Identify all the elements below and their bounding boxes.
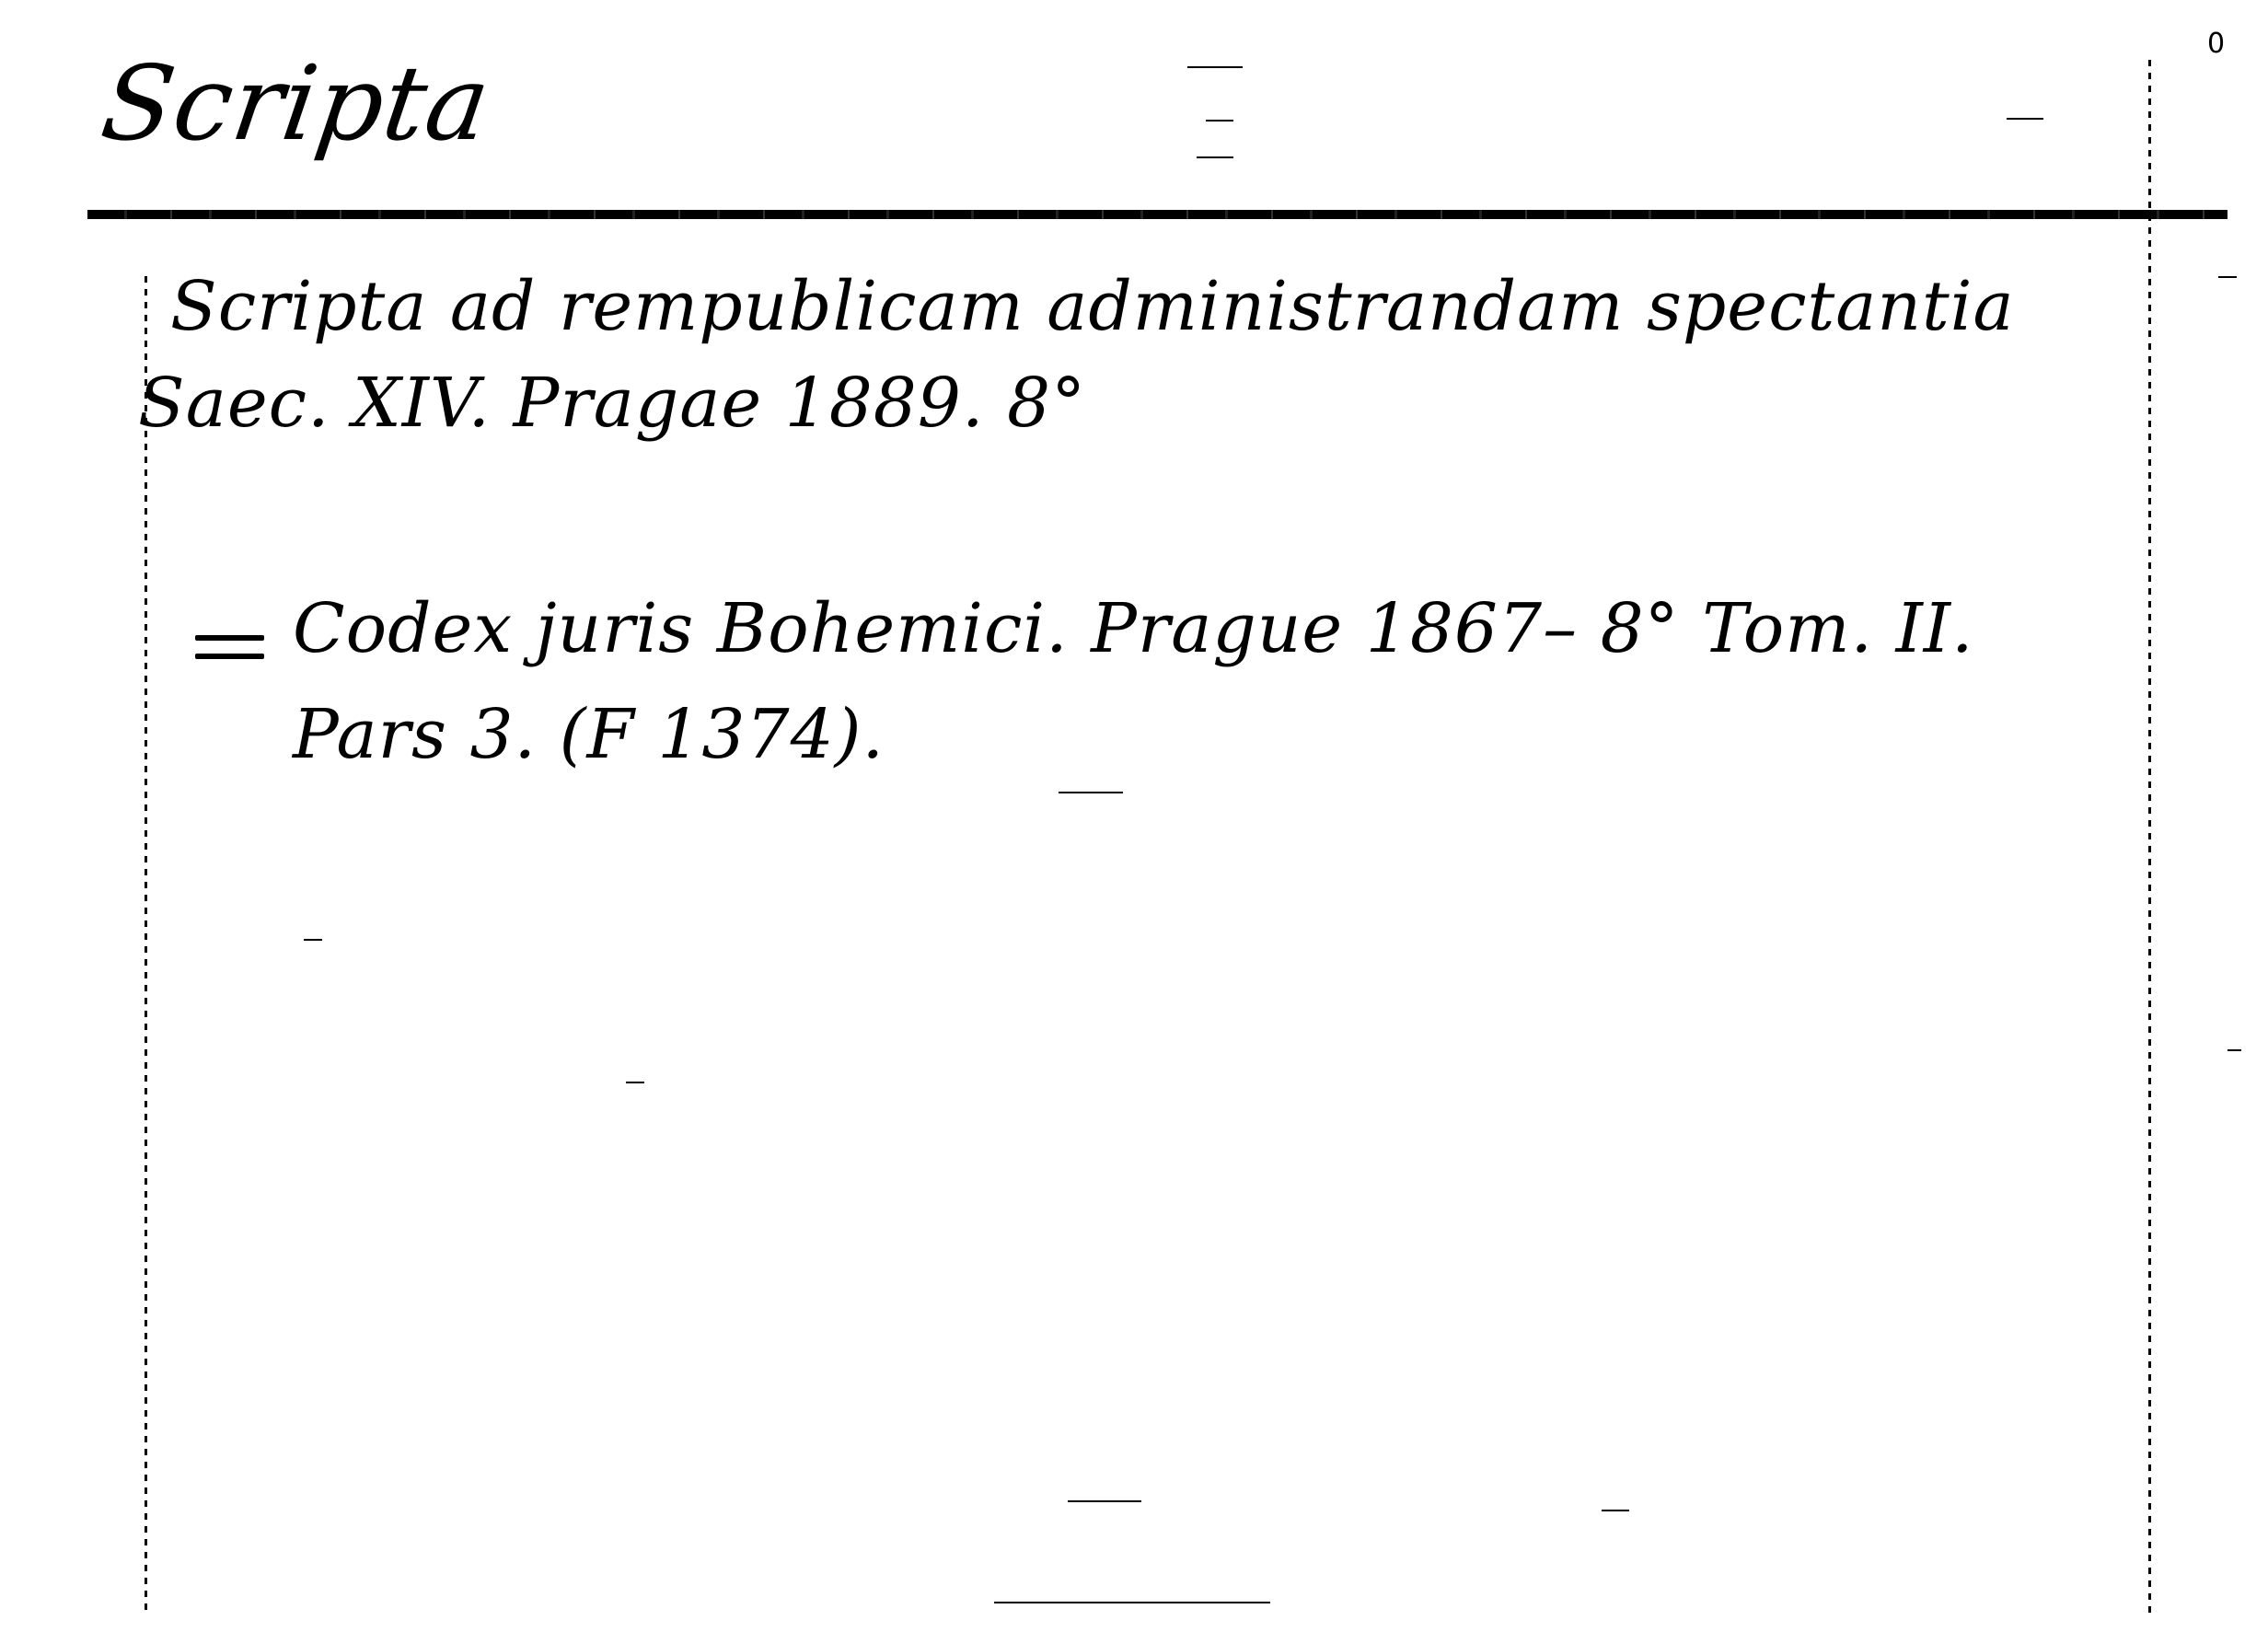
scan-speck [1187, 66, 1243, 68]
scan-speck [1197, 156, 1233, 158]
entry-2-line-2: Pars 3. (F 1374). [293, 695, 885, 774]
scan-speck [2218, 276, 2237, 278]
right-margin-line [2148, 60, 2151, 1615]
scan-speck [2007, 118, 2043, 120]
card-heading: Scripta [95, 44, 498, 164]
entry-2-line-1: Codex juris Bohemici. Prague 1867– 8° To… [293, 589, 1974, 668]
scan-speck [1602, 1510, 1629, 1511]
scan-speck [626, 1082, 644, 1083]
scan-speck [994, 1602, 1270, 1603]
index-card: Scripta 0 Scripta ad rempublicam adminis… [0, 0, 2268, 1632]
corner-mark: 0 [2207, 28, 2225, 60]
entry-1-line-2: Saec. XIV. Pragae 1889. 8° [138, 364, 1086, 443]
scan-speck [1206, 120, 1233, 122]
left-margin-line [145, 276, 147, 1611]
scan-speck [304, 939, 322, 941]
heading-rule [87, 210, 2227, 219]
entry-1-line-1: Scripta ad rempublicam administrandam sp… [170, 267, 2015, 346]
scan-speck [2227, 1049, 2241, 1051]
scan-speck [1068, 1500, 1141, 1502]
equals-sign-icon [195, 635, 264, 661]
scan-speck [1059, 792, 1123, 793]
